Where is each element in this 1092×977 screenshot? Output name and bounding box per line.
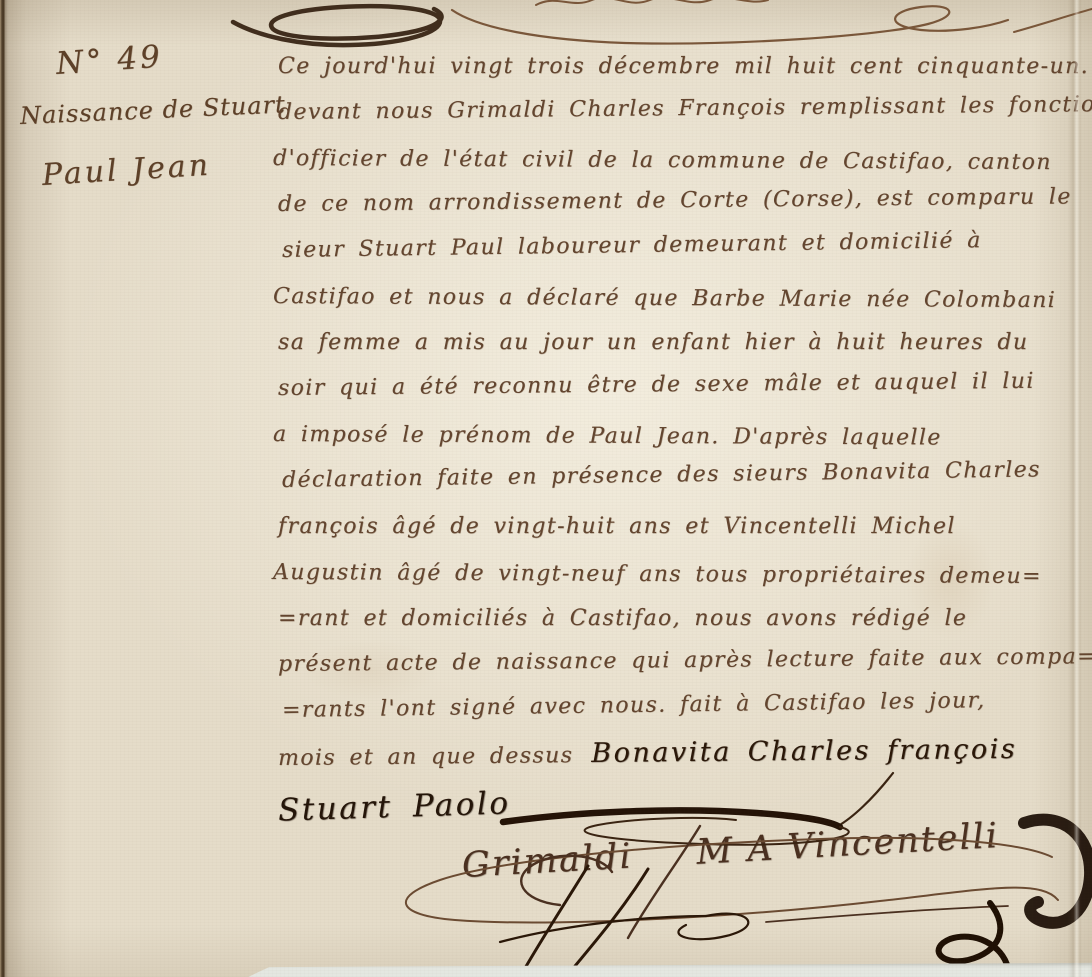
witness-bonavita-signature: Bonavita Charles françois <box>591 727 1017 777</box>
officer-grimaldi-signature: Grimaldi <box>461 837 634 886</box>
manuscript-line: devant nous Grimaldi Charles François re… <box>278 82 1090 136</box>
document-photo: N° 49 Naissance de Stuart Paul Jean Ce j… <box>0 0 1092 977</box>
cut-off-signature-flourish-top <box>233 0 1092 45</box>
manuscript-line: Augustin âgé de vingt-neuf ans tous prop… <box>273 550 1085 600</box>
table-surface-strip <box>248 962 1092 977</box>
margin-title-line2: Paul Jean <box>41 148 212 193</box>
page-edge <box>0 0 8 977</box>
act-number: N° 49 <box>55 39 164 82</box>
manuscript-line: Castifao et nous a déclaré que Barbe Mar… <box>273 274 1085 324</box>
manuscript-body: Ce jourd'hui vingt trois décembre mil hu… <box>278 44 1090 780</box>
manuscript-line: soir qui a été reconnu être de sexe mâle… <box>278 358 1090 412</box>
margin-title-line1: Naissance de Stuart <box>19 90 286 130</box>
declarant-signature: Stuart Paolo <box>277 785 510 828</box>
officer-signature-row: Grimaldi M A Vincentelli <box>461 816 1000 886</box>
manuscript-line: françois âgé de vingt-huit ans et Vincen… <box>278 504 1090 550</box>
witness-vincentelli-signature: M A Vincentelli <box>695 816 1000 873</box>
closing-prefix: mois et an que dessus <box>278 733 574 782</box>
closing-line: mois et an que dessus Bonavita Charles f… <box>278 726 1090 780</box>
